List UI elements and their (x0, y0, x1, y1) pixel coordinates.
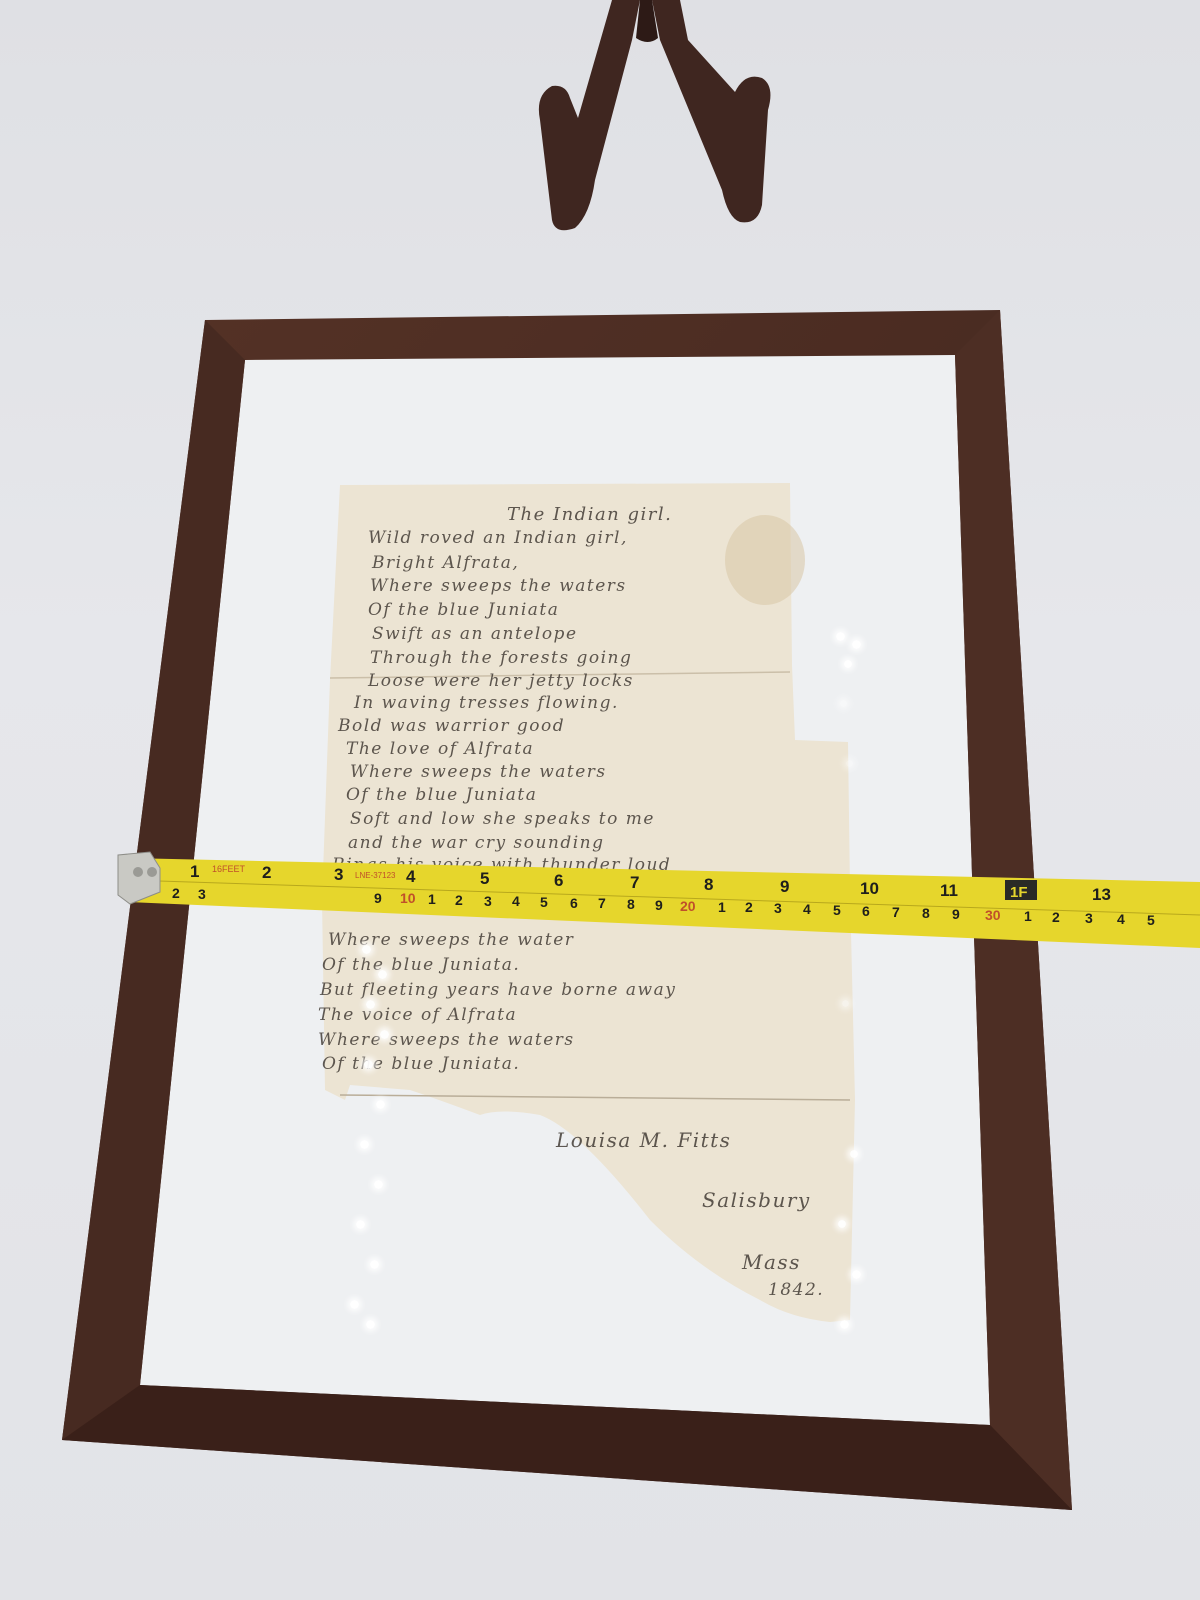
svg-text:4: 4 (1117, 911, 1125, 927)
svg-text:1: 1 (718, 899, 726, 915)
svg-text:9: 9 (952, 906, 960, 922)
svg-text:16FEET: 16FEET (212, 864, 246, 874)
svg-text:7: 7 (598, 895, 606, 911)
svg-text:7: 7 (892, 904, 900, 920)
svg-text:2: 2 (262, 863, 271, 882)
svg-text:8: 8 (627, 896, 635, 912)
svg-text:9: 9 (780, 877, 789, 896)
svg-text:5: 5 (540, 894, 548, 910)
svg-text:8: 8 (704, 875, 713, 894)
svg-text:2: 2 (172, 885, 180, 901)
svg-text:1: 1 (190, 862, 199, 881)
svg-text:2: 2 (745, 899, 753, 915)
svg-text:4: 4 (803, 901, 811, 917)
svg-text:5: 5 (1147, 912, 1155, 928)
svg-text:9: 9 (374, 890, 382, 906)
svg-text:4: 4 (406, 867, 416, 886)
svg-text:2: 2 (1052, 909, 1060, 925)
svg-text:4: 4 (512, 893, 520, 909)
svg-text:3: 3 (198, 886, 206, 902)
svg-text:10: 10 (860, 879, 879, 898)
tape-measure: 123 456 789 101113 1F 16FEET LNE-37123 2… (0, 0, 1200, 1600)
svg-text:3: 3 (774, 900, 782, 916)
svg-text:9: 9 (655, 897, 663, 913)
svg-text:5: 5 (480, 869, 489, 888)
svg-text:30: 30 (985, 907, 1001, 923)
svg-text:LNE-37123: LNE-37123 (355, 871, 396, 880)
svg-text:7: 7 (630, 873, 639, 892)
svg-text:6: 6 (570, 895, 578, 911)
svg-text:20: 20 (680, 898, 696, 914)
svg-text:10: 10 (400, 890, 416, 906)
svg-text:3: 3 (484, 893, 492, 909)
svg-text:8: 8 (922, 905, 930, 921)
svg-text:11: 11 (940, 881, 958, 900)
svg-text:2: 2 (455, 892, 463, 908)
svg-text:6: 6 (554, 871, 563, 890)
svg-text:5: 5 (833, 902, 841, 918)
svg-text:1F: 1F (1010, 884, 1028, 901)
svg-text:6: 6 (862, 903, 870, 919)
svg-text:13: 13 (1092, 885, 1111, 904)
svg-text:1: 1 (1024, 908, 1032, 924)
svg-text:3: 3 (334, 865, 343, 884)
svg-text:3: 3 (1085, 910, 1093, 926)
svg-text:1: 1 (428, 891, 436, 907)
